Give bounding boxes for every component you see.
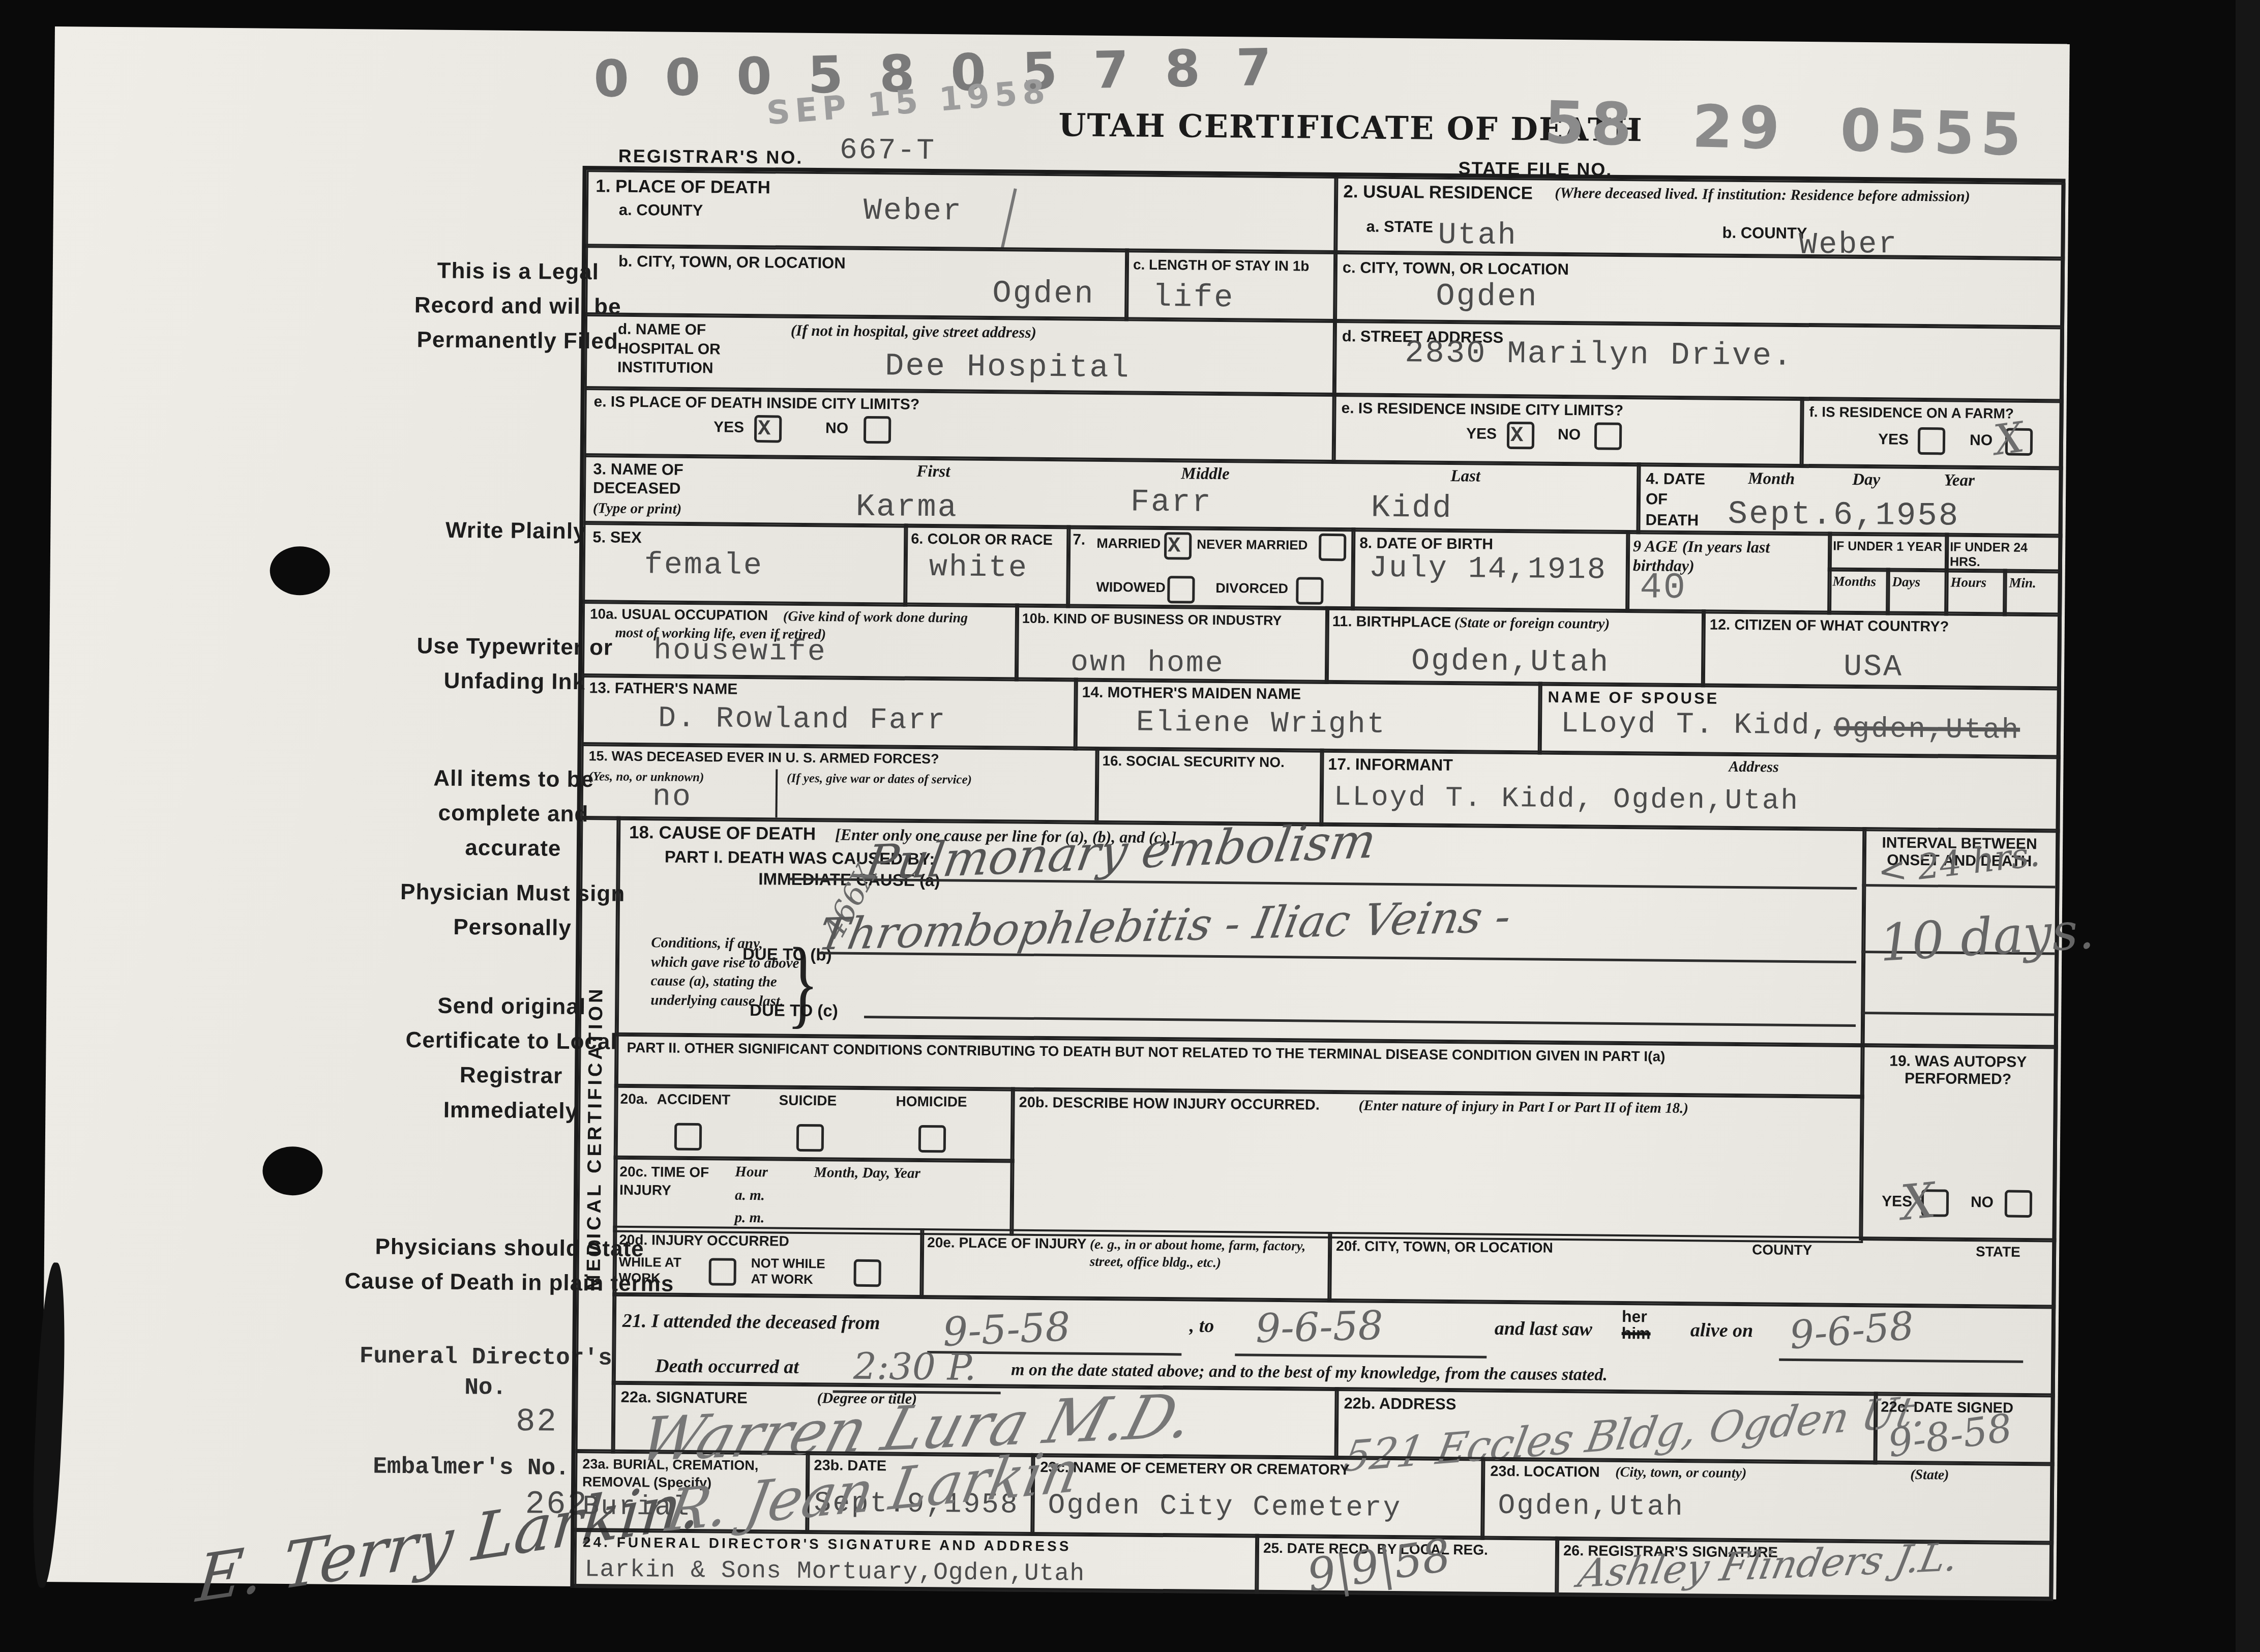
informant-address-label: Address <box>1729 758 1779 776</box>
homicide-label: HOMICIDE <box>896 1094 967 1110</box>
middle-name-value: Farr <box>1131 484 1212 520</box>
alive-on-text: alive on <box>1690 1319 1753 1342</box>
cell-days: Days <box>1886 568 1949 615</box>
place-of-injury-hint: (e. g., in or about home, farm, factory,… <box>1090 1236 1324 1273</box>
her-him-correction: her him <box>1622 1307 1688 1343</box>
cell-20c: 20c. TIME OF INJURY Hour a. m. p. m. Mon… <box>613 1156 1014 1236</box>
middle-name-col-label: Middle <box>1181 464 1230 484</box>
injury-county-label: COUNTY <box>1752 1242 1812 1258</box>
street-address-value: 2830 Marilyn Drive. <box>1405 335 1794 374</box>
section2-hint: (Where deceased lived. If institution: R… <box>1555 185 2053 206</box>
residence-farm-yes: YES <box>1878 431 1909 449</box>
cell-7: 7. MARRIED X NEVER MARRIED WIDOWED DIVOR… <box>1066 525 1355 610</box>
spouse-struck-value: Ogden,Utah <box>1834 713 2020 747</box>
not-while-at-work-checkbox <box>853 1259 881 1287</box>
place-of-injury-label: 20e. PLACE OF INJURY <box>927 1234 1087 1252</box>
name-of-deceased-label: 3. NAME OF DECEASED <box>593 459 716 498</box>
him-word-struck: him <box>1622 1324 1688 1343</box>
first-name-col-label: First <box>916 462 950 482</box>
burial-state-hint: (State) <box>1910 1467 1949 1484</box>
death-city-limits-yes: YES <box>713 419 744 436</box>
married-checkbox: X <box>1164 532 1192 559</box>
hours-label: Hours <box>1950 575 1986 591</box>
city-of-death-label: b. CITY, TOWN, OR LOCATION <box>618 252 846 273</box>
autopsy-yes-handmark: X <box>1898 1172 1938 1231</box>
cause-of-death-label: 18. CAUSE OF DEATH <box>629 822 816 844</box>
funeral-directors-no-value: 82 <box>516 1404 558 1441</box>
county-of-death-label: a. COUNTY <box>619 201 703 220</box>
scan-edge-strip <box>2236 0 2260 1652</box>
scan-smudge <box>28 1262 69 1588</box>
cell-20f: 20f. CITY, TOWN, OR LOCATION COUNTY STAT… <box>1327 1232 2056 1309</box>
hour-label: Hour <box>735 1164 768 1181</box>
city-of-death-value: Ogden <box>992 275 1095 312</box>
attended-to-text: , to <box>1190 1315 1214 1337</box>
last-saw-text: and last saw <box>1495 1317 1593 1341</box>
accident-checkbox <box>674 1123 702 1150</box>
homicide-checkbox <box>918 1125 946 1153</box>
certificate-form: 1. PLACE OF DEATH a. COUNTY Weber b. CIT… <box>570 166 2065 1601</box>
widowed-label: WIDOWED <box>1096 579 1166 596</box>
industry-label: 10b. KIND OF BUSINESS OR INDUSTRY <box>1022 611 1322 629</box>
days-label: Days <box>1892 574 1920 590</box>
while-at-work-checkbox <box>708 1258 736 1285</box>
residence-city-limits-no: NO <box>1558 426 1581 444</box>
county-of-death-value: Weber <box>864 194 963 229</box>
informant-label: 17. INFORMANT <box>1328 755 1453 775</box>
while-at-work-label: WHILE AT WORK <box>618 1254 700 1286</box>
funeral-director-value: Larkin & Sons Mortuary,Ogden,Utah <box>584 1556 1085 1588</box>
fathers-name-value: D. Rowland Farr <box>658 702 947 737</box>
never-married-checkbox <box>1319 534 1346 561</box>
residence-city-limits-yes-checkbox: X <box>1507 422 1534 449</box>
accident-label: ACCIDENT <box>657 1091 730 1108</box>
death-city-limits-label: e. IS PLACE OF DEATH INSIDE CITY LIMITS? <box>593 393 919 414</box>
date-of-birth-value: July 14,1918 <box>1369 551 1608 588</box>
cemetery-label: 23c. NAME OF CEMETERY OR CREMATORY <box>1040 1459 1350 1479</box>
injury-occurred-label: 20d. INJURY OCCURRED <box>619 1232 789 1250</box>
birthplace-value: Ogden,Utah <box>1411 644 1610 680</box>
residence-city-limits-yes: YES <box>1466 425 1497 443</box>
armed-forces-hint2: (If yes, give war or dates of service) <box>787 772 972 787</box>
residence-city-label: c. CITY, TOWN, OR LOCATION <box>1343 258 1569 279</box>
date-of-birth-label: 8. DATE OF BIRTH <box>1359 535 1493 553</box>
item7-number: 7. <box>1073 532 1085 549</box>
part2-label: PART II. OTHER SIGNIFICANT CONDITIONS CO… <box>627 1040 1847 1067</box>
residence-farm-no-handmark: X <box>1991 413 2027 465</box>
embalmers-no-label: Embalmer's No. <box>373 1454 570 1482</box>
death-city-limits-yes-checkbox: X <box>754 415 782 442</box>
length-of-stay-value: life <box>1152 279 1234 316</box>
fathers-name-label: 13. FATHER'S NAME <box>589 680 738 698</box>
cell-20e: 20e. PLACE OF INJURY (e. g., in or about… <box>919 1228 1332 1303</box>
spouse-value: LLoyd T. Kidd, <box>1561 707 1830 743</box>
burial-location-hint: (City, town, or county) <box>1615 1464 1746 1482</box>
conditions-brace: } <box>787 926 819 1041</box>
year-col-label: Year <box>1944 471 1975 490</box>
registrar-no-value: 667-T <box>840 134 936 168</box>
death-city-limits-yes-mark: X <box>758 417 771 441</box>
spouse-label: NAME OF SPOUSE <box>1548 688 1719 708</box>
interval-b-value: 10 days. <box>1878 900 2096 973</box>
cell-min: Min. <box>2003 569 2062 616</box>
burial-location-value: Ogden,Utah <box>1498 1489 1684 1523</box>
citizen-value: USA <box>1843 650 1904 685</box>
injury-city-label: 20f. CITY, TOWN, OR LOCATION <box>1336 1238 1553 1256</box>
sex-label: 5. SEX <box>592 528 642 547</box>
under-24hrs-label: IF UNDER 24 HRS. <box>1950 540 2059 571</box>
day-col-label: Day <box>1852 470 1880 489</box>
not-while-at-work-label: NOT WHILE AT WORK <box>751 1255 843 1288</box>
punch-hole-bottom <box>262 1146 323 1196</box>
type-or-print-hint: (Type or print) <box>593 500 682 518</box>
armed-forces-divider <box>775 769 778 817</box>
birthplace-label: 11. BIRTHPLACE <box>1332 613 1451 631</box>
cell-under1yr-header: IF UNDER 1 YEAR <box>1828 532 1949 572</box>
married-label: MARRIED <box>1096 536 1161 552</box>
burial-location-label: 23d. LOCATION <box>1490 1463 1600 1481</box>
never-married-label: NEVER MARRIED <box>1197 537 1307 553</box>
suicide-checkbox <box>796 1124 824 1152</box>
residence-farm-no: NO <box>1970 432 1993 449</box>
color-race-value: white <box>929 550 1028 586</box>
death-city-limits-no: NO <box>825 420 848 437</box>
cell-20a: 20a. ACCIDENT SUICIDE HOMICIDE <box>614 1084 1015 1163</box>
divorced-label: DIVORCED <box>1215 580 1288 597</box>
physician-address-label: 22b. ADDRESS <box>1344 1394 1456 1413</box>
pm-label: p. m. <box>734 1209 764 1227</box>
item20a-number: 20a. <box>620 1091 648 1107</box>
birthplace-hint: (State or foreign country) <box>1454 614 1610 633</box>
residence-state-label: a. STATE <box>1366 218 1434 237</box>
min-label: Min. <box>2009 575 2036 591</box>
month-col-label: Month <box>1748 469 1795 489</box>
industry-value: own home <box>1070 646 1225 681</box>
cell-under24-header: IF UNDER 24 HRS. <box>1945 533 2063 573</box>
mothers-maiden-name-value: Eliene Wright <box>1136 706 1386 742</box>
describe-injury-hint: (Enter nature of injury in Part I or Par… <box>1358 1097 1688 1117</box>
state-file-number-stamp: 58 29 0555 <box>1543 88 2028 169</box>
last-name-value: Kidd <box>1371 490 1453 526</box>
death-city-limits-no-checkbox <box>864 416 891 444</box>
date-of-death-value: Sept.6,1958 <box>1728 496 1959 535</box>
residence-state-value: Utah <box>1438 218 1518 253</box>
cell-16: 16. SOCIAL SECURITY NO. <box>1094 747 1324 827</box>
cell-20b: 20b. DESCRIBE HOW INJURY OCCURRED. (Ente… <box>1009 1087 1864 1243</box>
death-time-value: 2:30 P. <box>853 1345 976 1389</box>
cell-2e: e. IS RESIDENCE INSIDE CITY LIMITS? YES … <box>1332 393 1804 468</box>
first-name-value: Karma <box>856 489 959 526</box>
sex-value: female <box>644 548 764 583</box>
age-value: 40 <box>1640 567 1687 609</box>
death-occurred-text: Death occurred at <box>655 1354 799 1378</box>
hospital-value: Dee Hospital <box>885 348 1131 386</box>
citizen-label: 12. CITIZEN OF WHAT COUNTRY? <box>1710 616 1949 635</box>
ssn-label: 16. SOCIAL SECURITY NO. <box>1102 753 1316 771</box>
suicide-label: SUICIDE <box>779 1093 837 1109</box>
cell-20d: 20d. INJURY OCCURRED WHILE AT WORK NOT W… <box>612 1226 924 1299</box>
armed-forces-value: no <box>652 780 693 815</box>
residence-city-limits-yes-mark: X <box>1510 423 1524 448</box>
am-label: a. m. <box>735 1187 765 1204</box>
attended-text: 21. I attended the deceased from <box>622 1310 880 1334</box>
residence-county-label: b. COUNTY <box>1722 224 1807 243</box>
cell-1e: e. IS PLACE OF DEATH INSIDE CITY LIMITS?… <box>584 386 1336 464</box>
cemetery-value: Ogden City Cemetery <box>1048 1489 1402 1524</box>
describe-injury-label: 20b. DESCRIBE HOW INJURY OCCURRED. <box>1019 1095 1320 1114</box>
date-of-death-label: 4. DATE OF DEATH <box>1645 468 1719 530</box>
hospital-label: d. NAME OF HOSPITAL OR INSTITUTION <box>617 320 770 378</box>
autopsy-no-checkbox <box>2005 1190 2032 1218</box>
residence-farm-label: f. IS RESIDENCE ON A FARM? <box>1809 404 2014 422</box>
punch-hole-top <box>270 546 330 596</box>
residence-city-value: Ogden <box>1436 278 1538 315</box>
informant-value: LLoyd T. Kidd, Ogden,Utah <box>1334 781 1800 817</box>
last-name-col-label: Last <box>1450 467 1480 486</box>
injury-state-label: STATE <box>1976 1244 2020 1260</box>
cell-months: Months <box>1827 567 1890 615</box>
funeral-director-label: 24. FUNERAL DIRECTOR'S SIGNATURE AND ADD… <box>583 1534 1072 1554</box>
cell-hours: Hours <box>1944 568 2007 616</box>
months-label: Months <box>1832 574 1876 590</box>
color-race-label: 6. COLOR OR RACE <box>911 531 1053 549</box>
scanned-death-certificate: 0 0 0 5 8 0 5 7 8 7 SEP 15 1958 UTAH CER… <box>0 0 2260 1652</box>
registrar-no-label: REGISTRAR'S NO. <box>618 145 804 168</box>
hospital-hint: (If not in hospital, give street address… <box>791 321 1036 342</box>
due-to-c-label: DUE TO (c) <box>750 1000 838 1021</box>
married-mark: X <box>1168 534 1181 558</box>
divorced-checkbox <box>1296 577 1323 604</box>
residence-city-limits-no-checkbox <box>1594 422 1622 450</box>
cell-2f: f. IS RESIDENCE ON A FARM? YES NO X <box>1800 397 2064 470</box>
residence-farm-yes-checkbox <box>1918 427 1945 455</box>
occupation-value: housewife <box>653 634 827 669</box>
autopsy-label: 19. WAS AUTOPSY PERFORMED? <box>1871 1052 2045 1088</box>
paper: 0 0 0 5 8 0 5 7 8 7 SEP 15 1958 UTAH CER… <box>41 26 2070 1599</box>
armed-forces-label: 15. WAS DECEASED EVER IN U. S. ARMED FOR… <box>588 748 939 767</box>
attended-to-value: 9-6-58 <box>1255 1303 1384 1352</box>
widowed-checkbox <box>1167 576 1195 603</box>
section1-title: 1. PLACE OF DEATH <box>596 176 770 198</box>
section2-title: 2. USUAL RESIDENCE <box>1343 182 1533 203</box>
autopsy-no: NO <box>1971 1194 1994 1211</box>
month-day-year-label: Month, Day, Year <box>814 1164 920 1182</box>
residence-city-limits-label: e. IS RESIDENCE INSIDE CITY LIMITS? <box>1341 400 1623 420</box>
under-1-year-label: IF UNDER 1 YEAR <box>1833 539 1945 555</box>
length-of-stay-label: c. LENGTH OF STAY IN 1b <box>1133 257 1310 275</box>
medical-certification-label: MEDICAL CERTIFICATION <box>583 986 607 1291</box>
cell-19: 19. WAS AUTOPSY PERFORMED? YES NO X <box>1859 1043 2058 1242</box>
time-of-injury-label: 20c. TIME OF INJURY <box>619 1163 722 1201</box>
mothers-maiden-name-label: 14. MOTHER'S MAIDEN NAME <box>1082 684 1301 703</box>
